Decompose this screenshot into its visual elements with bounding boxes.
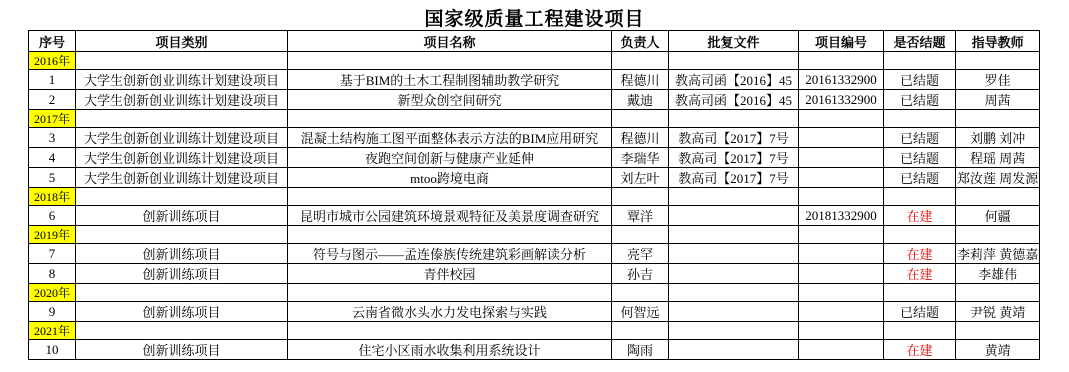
empty-cell-name[interactable] (288, 284, 612, 302)
year-header-cell[interactable]: 2020年 (29, 284, 76, 302)
empty-cell-doc[interactable] (669, 110, 799, 128)
empty-cell-leader[interactable] (612, 226, 669, 244)
empty-cell-leader[interactable] (612, 284, 669, 302)
cell-category[interactable]: 大学生创新创业训练计划建设项目 (76, 148, 288, 168)
empty-cell-leader[interactable] (612, 188, 669, 206)
cell-no[interactable]: 6 (29, 206, 76, 226)
empty-cell-doc[interactable] (669, 188, 799, 206)
column-header-doc[interactable]: 批复文件 (669, 31, 799, 52)
year-header-cell[interactable]: 2016年 (29, 52, 76, 70)
cell-no[interactable]: 5 (29, 168, 76, 188)
cell-category[interactable]: 大学生创新创业训练计划建设项目 (76, 70, 288, 90)
cell-status[interactable]: 在建 (884, 264, 956, 284)
cell-category[interactable]: 创新训练项目 (76, 264, 288, 284)
empty-cell-code[interactable] (799, 284, 884, 302)
empty-cell-teachers[interactable] (956, 52, 1040, 70)
cell-teachers[interactable]: 尹锐 黄靖 (956, 302, 1040, 322)
year-header-cell[interactable]: 2017年 (29, 110, 76, 128)
empty-cell-doc[interactable] (669, 322, 799, 340)
cell-teachers[interactable]: 周茜 (956, 90, 1040, 110)
empty-cell-category[interactable] (76, 188, 288, 206)
cell-teachers[interactable]: 程瑶 周茜 (956, 148, 1040, 168)
empty-cell-name[interactable] (288, 322, 612, 340)
cell-code[interactable]: 20161332900 (799, 90, 884, 110)
cell-status[interactable]: 已结题 (884, 168, 956, 188)
cell-doc[interactable] (669, 340, 799, 360)
cell-teachers[interactable]: 刘鹏 刘冲 (956, 128, 1040, 148)
empty-cell-status[interactable] (884, 188, 956, 206)
cell-doc[interactable]: 教高司【2017】7号 (669, 148, 799, 168)
empty-cell-leader[interactable] (612, 52, 669, 70)
cell-doc[interactable] (669, 302, 799, 322)
cell-name[interactable]: 住宅小区雨水收集利用系统设计 (288, 340, 612, 360)
cell-code[interactable] (799, 264, 884, 284)
cell-status[interactable]: 在建 (884, 340, 956, 360)
cell-no[interactable]: 10 (29, 340, 76, 360)
cell-category[interactable]: 创新训练项目 (76, 302, 288, 322)
empty-cell-status[interactable] (884, 52, 956, 70)
cell-leader[interactable]: 李瑞华 (612, 148, 669, 168)
empty-cell-name[interactable] (288, 226, 612, 244)
cell-status[interactable]: 在建 (884, 206, 956, 226)
empty-cell-category[interactable] (76, 52, 288, 70)
empty-cell-status[interactable] (884, 110, 956, 128)
empty-cell-code[interactable] (799, 188, 884, 206)
cell-code[interactable] (799, 340, 884, 360)
empty-cell-doc[interactable] (669, 284, 799, 302)
cell-code[interactable] (799, 148, 884, 168)
cell-leader[interactable]: 程德川 (612, 128, 669, 148)
cell-leader[interactable]: 戴迪 (612, 90, 669, 110)
cell-doc[interactable]: 教高司【2017】7号 (669, 168, 799, 188)
empty-cell-name[interactable] (288, 52, 612, 70)
cell-doc[interactable] (669, 244, 799, 264)
empty-cell-leader[interactable] (612, 110, 669, 128)
empty-cell-category[interactable] (76, 110, 288, 128)
cell-code[interactable] (799, 168, 884, 188)
projects-table: 序号项目类别项目名称负责人批复文件项目编号是否结题指导教师 2016年1大学生创… (28, 30, 1040, 360)
empty-cell-teachers[interactable] (956, 226, 1040, 244)
cell-name[interactable]: 新型众创空间研究 (288, 90, 612, 110)
header-row: 序号项目类别项目名称负责人批复文件项目编号是否结题指导教师 (29, 31, 1040, 52)
cell-doc[interactable]: 教高司函【2016】45 (669, 90, 799, 110)
cell-no[interactable]: 2 (29, 90, 76, 110)
empty-cell-code[interactable] (799, 322, 884, 340)
column-header-no[interactable]: 序号 (29, 31, 76, 52)
cell-no[interactable]: 8 (29, 264, 76, 284)
cell-code[interactable]: 20181332900 (799, 206, 884, 226)
empty-cell-status[interactable] (884, 322, 956, 340)
table-body: 2016年1大学生创新创业训练计划建设项目基于BIM的土木工程制图辅助教学研究程… (29, 52, 1040, 360)
cell-doc[interactable] (669, 264, 799, 284)
empty-cell-code[interactable] (799, 226, 884, 244)
cell-code[interactable]: 20161332900 (799, 70, 884, 90)
cell-doc[interactable] (669, 206, 799, 226)
cell-status[interactable]: 在建 (884, 244, 956, 264)
cell-teachers[interactable]: 黄靖 (956, 340, 1040, 360)
cell-name[interactable]: 云南省微水头水力发电探索与实践 (288, 302, 612, 322)
year-header-cell[interactable]: 2021年 (29, 322, 76, 340)
cell-leader[interactable]: 刘左叶 (612, 168, 669, 188)
cell-category[interactable]: 创新训练项目 (76, 244, 288, 264)
column-header-category[interactable]: 项目类别 (76, 31, 288, 52)
cell-name[interactable]: 符号与图示——孟连傣族传统建筑彩画解读分析 (288, 244, 612, 264)
cell-status[interactable]: 已结题 (884, 302, 956, 322)
cell-category[interactable]: 创新训练项目 (76, 206, 288, 226)
empty-cell-teachers[interactable] (956, 284, 1040, 302)
cell-teachers[interactable]: 何疆 (956, 206, 1040, 226)
column-header-teachers[interactable]: 指导教师 (956, 31, 1040, 52)
cell-code[interactable] (799, 128, 884, 148)
cell-name[interactable]: 昆明市城市公园建筑环境景观特征及美景度调查研究 (288, 206, 612, 226)
cell-leader[interactable]: 覃洋 (612, 206, 669, 226)
empty-cell-name[interactable] (288, 188, 612, 206)
empty-cell-code[interactable] (799, 52, 884, 70)
empty-cell-doc[interactable] (669, 52, 799, 70)
empty-cell-leader[interactable] (612, 322, 669, 340)
cell-category[interactable]: 大学生创新创业训练计划建设项目 (76, 90, 288, 110)
cell-no[interactable]: 1 (29, 70, 76, 90)
column-header-code[interactable]: 项目编号 (799, 31, 884, 52)
cell-teachers[interactable]: 李莉萍 黄德嘉 (956, 244, 1040, 264)
empty-cell-teachers[interactable] (956, 322, 1040, 340)
cell-leader[interactable]: 孙吉 (612, 264, 669, 284)
cell-status[interactable]: 已结题 (884, 70, 956, 90)
year-header-cell[interactable]: 2018年 (29, 188, 76, 206)
cell-doc[interactable]: 教高司【2017】7号 (669, 128, 799, 148)
cell-category[interactable]: 大学生创新创业训练计划建设项目 (76, 128, 288, 148)
cell-teachers[interactable]: 李雄伟 (956, 264, 1040, 284)
cell-category[interactable]: 创新训练项目 (76, 340, 288, 360)
empty-cell-code[interactable] (799, 110, 884, 128)
empty-cell-teachers[interactable] (956, 110, 1040, 128)
cell-name[interactable]: 混凝土结构施工图平面整体表示方法的BIM应用研究 (288, 128, 612, 148)
cell-name[interactable]: 基于BIM的土木工程制图辅助教学研究 (288, 70, 612, 90)
cell-status[interactable]: 已结题 (884, 128, 956, 148)
cell-code[interactable] (799, 244, 884, 264)
cell-leader[interactable]: 陶雨 (612, 340, 669, 360)
cell-status[interactable]: 已结题 (884, 148, 956, 168)
page-title: 国家级质量工程建设项目 (0, 0, 1069, 30)
cell-teachers[interactable]: 罗佳 (956, 70, 1040, 90)
empty-cell-status[interactable] (884, 284, 956, 302)
column-header-name[interactable]: 项目名称 (288, 31, 612, 52)
cell-category[interactable]: 大学生创新创业训练计划建设项目 (76, 168, 288, 188)
empty-cell-category[interactable] (76, 226, 288, 244)
cell-status[interactable]: 已结题 (884, 90, 956, 110)
empty-cell-teachers[interactable] (956, 188, 1040, 206)
cell-name[interactable]: mtoo跨境电商 (288, 168, 612, 188)
cell-no[interactable]: 9 (29, 302, 76, 322)
cell-name[interactable]: 夜跑空间创新与健康产业延伸 (288, 148, 612, 168)
cell-doc[interactable]: 教高司函【2016】45 (669, 70, 799, 90)
cell-name[interactable]: 青伴校园 (288, 264, 612, 284)
cell-code[interactable] (799, 302, 884, 322)
empty-cell-status[interactable] (884, 226, 956, 244)
cell-no[interactable]: 3 (29, 128, 76, 148)
cell-leader[interactable]: 亮罕 (612, 244, 669, 264)
column-header-leader[interactable]: 负责人 (612, 31, 669, 52)
cell-teachers[interactable]: 郑汝莲 周发源 (956, 168, 1040, 188)
cell-no[interactable]: 7 (29, 244, 76, 264)
empty-cell-doc[interactable] (669, 226, 799, 244)
empty-cell-category[interactable] (76, 322, 288, 340)
cell-leader[interactable]: 程德川 (612, 70, 669, 90)
cell-no[interactable]: 4 (29, 148, 76, 168)
empty-cell-name[interactable] (288, 110, 612, 128)
year-header-cell[interactable]: 2019年 (29, 226, 76, 244)
cell-leader[interactable]: 何智远 (612, 302, 669, 322)
empty-cell-category[interactable] (76, 284, 288, 302)
column-header-status[interactable]: 是否结题 (884, 31, 956, 52)
